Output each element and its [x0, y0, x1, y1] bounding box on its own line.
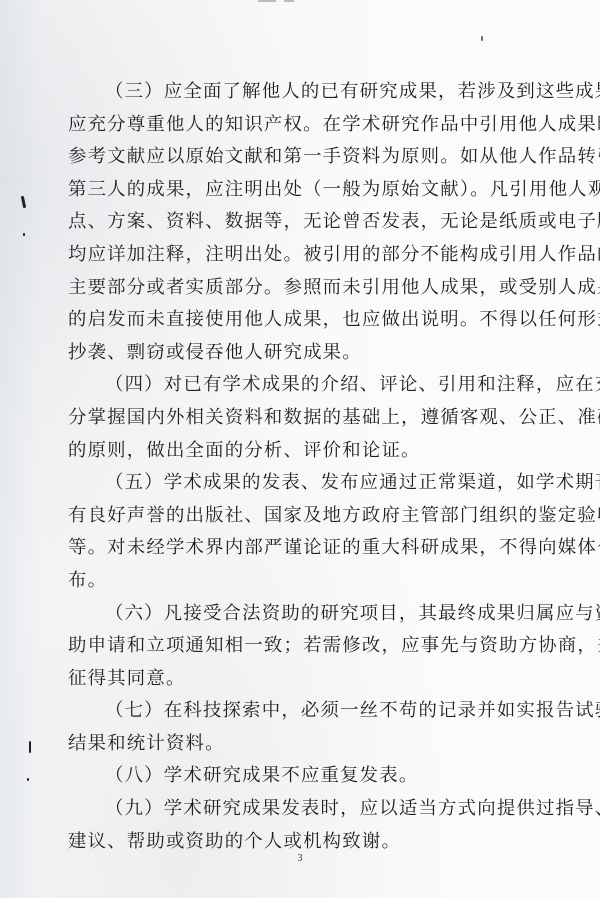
text-line: （五）学术成果的发表、发布应通过正常渠道，如学术期刊、: [68, 467, 538, 500]
text-line: 助申请和立项通知相一致；若需修改，应事先与资助方协商，并: [68, 630, 538, 663]
text-line: 参考文献应以原始文献和第一手资料为原则。如从他人作品转引: [68, 141, 538, 174]
document-body: （三）应全面了解他人的已有研究成果，若涉及到这些成果， 应充分尊重他人的知识产权…: [68, 76, 538, 858]
text-line: 等。对未经学术界内部严谨论证的重大科研成果，不得向媒体公: [68, 532, 538, 565]
text-line: 有良好声誉的出版社、国家及地方政府主管部门组织的鉴定验收: [68, 500, 538, 533]
binding-hole-mark: [29, 741, 31, 753]
paragraph-5: （五）学术成果的发表、发布应通过正常渠道，如学术期刊、 有良好声誉的出版社、国家…: [68, 467, 538, 597]
paragraph-8: （八）学术研究成果不应重复发表。: [68, 760, 538, 793]
text-line: 的原则，做出全面的分析、评价和论证。: [68, 435, 538, 468]
paragraph-9: （九）学术研究成果发表时，应以适当方式向提供过指导、 建议、帮助或资助的个人或机…: [68, 793, 538, 858]
text-line: 第三人的成果，应注明出处（一般为原始文献）。凡引用他人观: [68, 174, 538, 207]
text-line: 应充分尊重他人的知识产权。在学术研究作品中引用他人成果时，: [68, 109, 538, 142]
scan-speck: [481, 36, 483, 41]
paragraph-7: （七）在科技探索中，必须一丝不苟的记录并如实报告试验 结果和统计资料。: [68, 695, 538, 760]
binding-hole-mark: [23, 233, 25, 236]
paragraph-6: （六）凡接受合法资助的研究项目，其最终成果归属应与资 助申请和立项通知相一致；若…: [68, 598, 538, 696]
scan-artifact: [258, 0, 276, 2]
text-line: （三）应全面了解他人的已有研究成果，若涉及到这些成果，: [68, 76, 538, 109]
text-line: 抄袭、剽窃或侵吞他人研究成果。: [68, 337, 538, 370]
text-line: （四）对已有学术成果的介绍、评论、引用和注释，应在充: [68, 369, 538, 402]
page-number: 3: [0, 853, 600, 864]
text-line: （九）学术研究成果发表时，应以适当方式向提供过指导、: [68, 793, 538, 826]
text-line: 征得其同意。: [68, 663, 538, 696]
paragraph-3: （三）应全面了解他人的已有研究成果，若涉及到这些成果， 应充分尊重他人的知识产权…: [68, 76, 538, 369]
text-line: 结果和统计资料。: [68, 728, 538, 761]
binding-hole-mark: [21, 196, 26, 208]
text-line: （七）在科技探索中，必须一丝不苟的记录并如实报告试验: [68, 695, 538, 728]
text-line: 的启发而未直接使用他人成果，也应做出说明。不得以任何形式: [68, 304, 538, 337]
scan-artifact: [284, 0, 294, 2]
text-line: 布。: [68, 565, 538, 598]
text-line: （六）凡接受合法资助的研究项目，其最终成果归属应与资: [68, 598, 538, 631]
scanned-page: （三）应全面了解他人的已有研究成果，若涉及到这些成果， 应充分尊重他人的知识产权…: [0, 0, 600, 898]
text-line: 均应详加注释，注明出处。被引用的部分不能构成引用人作品的: [68, 239, 538, 272]
binding-hole-mark: [27, 778, 29, 781]
text-line: （八）学术研究成果不应重复发表。: [68, 760, 538, 793]
text-line: 分掌握国内外相关资料和数据的基础上，遵循客观、公正、准确: [68, 402, 538, 435]
paragraph-4: （四）对已有学术成果的介绍、评论、引用和注释，应在充 分掌握国内外相关资料和数据…: [68, 369, 538, 467]
text-line: 主要部分或者实质部分。参照而未引用他人成果，或受别人成果: [68, 272, 538, 305]
text-line: 点、方案、资料、数据等，无论曾否发表，无论是纸质或电子版，: [68, 206, 538, 239]
